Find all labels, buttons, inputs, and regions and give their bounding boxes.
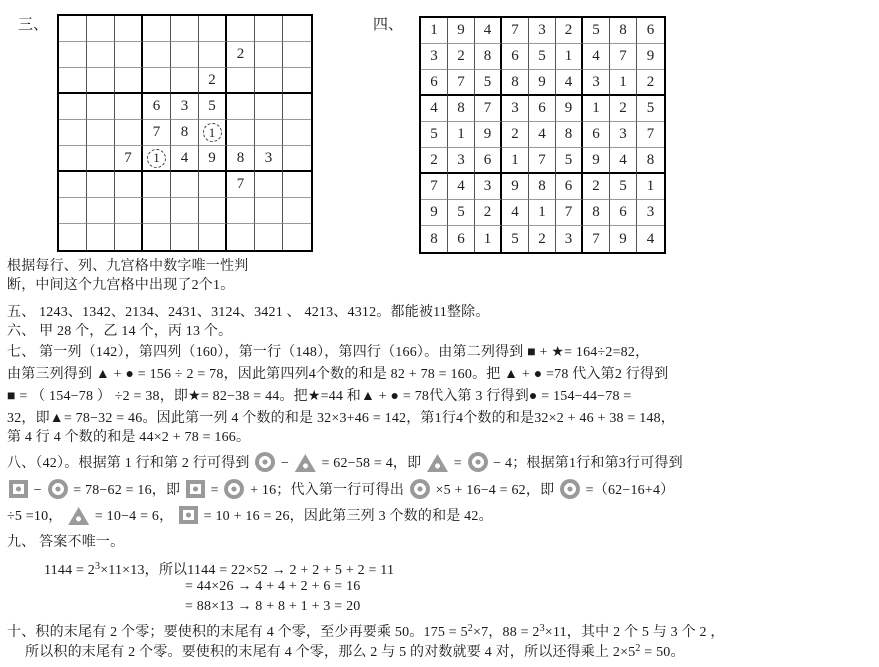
grid-cell: 4 [502, 200, 529, 226]
grid-cell: 8 [171, 120, 199, 146]
grid-cell: 7 [502, 18, 529, 44]
grid-cell: 2 [502, 122, 529, 148]
grid-cell: 7 [610, 44, 637, 70]
grid-cell [143, 16, 171, 42]
grid-cell: 4 [529, 122, 556, 148]
sudoku-grid-four: 1947325863286514796758943124873691255192… [419, 16, 666, 254]
circle-dot-icon [410, 479, 430, 499]
grid-cell: 9 [475, 122, 502, 148]
text-segment: = [207, 483, 223, 498]
grid-cell [59, 146, 87, 172]
triangle-dot-icon [427, 454, 448, 472]
grid-cell: 3 [610, 122, 637, 148]
grid-cell: 4 [610, 148, 637, 174]
grid-cell [143, 42, 171, 68]
grid-cell [87, 68, 115, 94]
grid-cell [283, 120, 311, 146]
grid-cell [115, 42, 143, 68]
text-segment: 1144 = 2 [44, 563, 95, 578]
circle-dot-icon [224, 479, 244, 499]
grid-cell [227, 120, 255, 146]
answer-7-line1: 七、 第一列（142），第四列（160），第一行（148），第四行（166）。由… [7, 343, 649, 362]
grid-cell: 5 [199, 94, 227, 120]
grid-cell [283, 224, 311, 250]
grid-cell: 3 [583, 70, 610, 96]
grid-cell [59, 120, 87, 146]
grid-cell: 7 [637, 122, 664, 148]
circle-dot-icon [255, 452, 275, 472]
problem-4-label: 四、 [373, 13, 403, 34]
grid-cell: 7 [583, 226, 610, 252]
grid-cell [87, 42, 115, 68]
grid-cell [143, 68, 171, 94]
grid-cell [255, 172, 283, 198]
grid-cell: 8 [421, 226, 448, 252]
grid-cell: 6 [421, 70, 448, 96]
grid-cell: 9 [637, 44, 664, 70]
text-segment: = 10−4 = 6， [91, 509, 177, 524]
grid-cell [87, 16, 115, 42]
answer-9-line1: 九、 答案不唯一。 [7, 533, 124, 552]
grid-cell [227, 198, 255, 224]
answer-9-line3: = 44×26 → 4 + 4 + 2 + 6 = 16 [185, 577, 360, 596]
grid-cell: 3 [421, 44, 448, 70]
grid-cell: 6 [143, 94, 171, 120]
grid-cell [115, 16, 143, 42]
grid-cell: 9 [529, 70, 556, 96]
grid-cell: 4 [475, 18, 502, 44]
grid-cell [255, 68, 283, 94]
answer-7-line3: ■ = （ 154−78 ） ÷2 = 38，即★= 82−38 = 44。把★… [7, 387, 631, 406]
grid-cell [199, 172, 227, 198]
grid-cell: 6 [637, 18, 664, 44]
grid-cell: 9 [583, 148, 610, 174]
grid-cell [171, 42, 199, 68]
grid-cell: 2 [227, 42, 255, 68]
text-segment: = 78−62 = 16，即 [70, 483, 184, 498]
grid-cell [143, 224, 171, 250]
answer-6-line: 六、 甲 28 个，乙 14 个，丙 13 个。 [7, 322, 232, 341]
grid-cell [115, 94, 143, 120]
square-dot-icon [9, 480, 28, 498]
grid-cell: 1 [448, 122, 475, 148]
text-segment: ÷5 =10， [7, 509, 66, 524]
grid-cell [255, 224, 283, 250]
problem-3-label: 三、 [18, 13, 48, 34]
grid-cell: 4 [637, 226, 664, 252]
grid-cell [227, 68, 255, 94]
grid-cell [283, 146, 311, 172]
grid-cell: 7 [475, 96, 502, 122]
grid-cell: 9 [199, 146, 227, 172]
grid-cell: 8 [583, 200, 610, 226]
grid-cell [87, 146, 115, 172]
grid-cell [255, 120, 283, 146]
text-segment: ×5 + 16−4 = 62，即 [432, 483, 558, 498]
grid-cell [59, 224, 87, 250]
grid-cell [227, 224, 255, 250]
grid-cell: 2 [421, 148, 448, 174]
text-segment: − 4；根据第1行和第3行可得到 [490, 456, 683, 471]
grid-cell: 2 [199, 68, 227, 94]
grid-cell [115, 198, 143, 224]
grid-cell [59, 68, 87, 94]
grid-cell: 5 [502, 226, 529, 252]
grid-cell: 2 [556, 18, 583, 44]
grid-cell: 2 [637, 70, 664, 96]
grid-cell: 9 [448, 18, 475, 44]
grid-cell: 2 [610, 96, 637, 122]
text-segment: = 10 + 16 = 26，因此第三列 3 个数的和是 42。 [200, 509, 493, 524]
grid-cell: 3 [171, 94, 199, 120]
document-page: 三、 226357817149837 四、 194732586328651479… [0, 0, 879, 667]
grid-cell: 9 [556, 96, 583, 122]
grid-cell: 1 [583, 96, 610, 122]
grid-cell: 2 [448, 44, 475, 70]
grid-cell: 7 [448, 70, 475, 96]
grid-cell [115, 172, 143, 198]
answer-3-note-line1: 根据每行、列、九宫格中数字唯一性判 [7, 257, 248, 276]
grid-cell [199, 224, 227, 250]
text-segment: + 16；代入第一行可得出 [246, 483, 407, 498]
grid-cell [59, 42, 87, 68]
grid-cell: 6 [610, 200, 637, 226]
text-segment: ×11，其中 2 个 5 与 3 个 2 ， [545, 625, 725, 640]
dashed-circle-digit: 1 [147, 149, 166, 168]
grid-cell [59, 198, 87, 224]
square-dot-icon [186, 480, 205, 498]
text-segment: = 50。 [641, 645, 685, 660]
text-segment: = 62−58 = 4，即 [318, 456, 425, 471]
grid-cell: 4 [448, 174, 475, 200]
grid-cell: 5 [421, 122, 448, 148]
answer-10-line2: 所以积的末尾有 2 个零。要使积的末尾有 4 个零，那么 2 与 5 的对数就要… [25, 639, 685, 662]
grid-cell: 2 [475, 200, 502, 226]
grid-cell [255, 198, 283, 224]
grid-cell: 7 [227, 172, 255, 198]
grid-cell [87, 120, 115, 146]
grid-cell: 3 [529, 18, 556, 44]
grid-cell: 8 [529, 174, 556, 200]
answer-8-line2: − = 78−62 = 16，即 = + 16；代入第一行可得出 ×5 + 16… [7, 479, 674, 500]
grid-cell: 3 [475, 174, 502, 200]
answer-8-line3: ÷5 =10， = 10−4 = 6， = 10 + 16 = 26，因此第三列… [7, 506, 493, 526]
answer-8-line1: 八、（42）。根据第 1 行和第 2 行可得到 − = 62−58 = 4，即 … [7, 452, 683, 473]
grid-cell: 8 [227, 146, 255, 172]
grid-cell [227, 16, 255, 42]
answer-7-line4: 32，即▲= 78−32 = 46。因此第一列 4 个数的和是 32×3+46 … [7, 409, 675, 428]
grid-cell [59, 16, 87, 42]
grid-cell: 8 [556, 122, 583, 148]
grid-cell [283, 68, 311, 94]
grid-cell: 1 [637, 174, 664, 200]
grid-cell: 1 [475, 226, 502, 252]
grid-cell [227, 94, 255, 120]
grid-cell: 1 [502, 148, 529, 174]
grid-cell: 3 [556, 226, 583, 252]
grid-cell [255, 16, 283, 42]
grid-cell: 9 [421, 200, 448, 226]
sudoku-grid-three: 226357817149837 [57, 14, 313, 252]
grid-cell [199, 16, 227, 42]
grid-cell [171, 16, 199, 42]
grid-cell [171, 172, 199, 198]
grid-cell: 1 [143, 146, 171, 172]
text-segment: − [277, 456, 293, 471]
triangle-dot-icon [68, 507, 89, 525]
grid-cell: 4 [583, 44, 610, 70]
text-segment: 十、积的末尾有 2 个零；要使积的末尾有 4 个零，至少再要乘 50。175 =… [7, 625, 468, 640]
grid-cell: 1 [199, 120, 227, 146]
grid-cell: 1 [556, 44, 583, 70]
grid-cell: 7 [421, 174, 448, 200]
answer-7-line2: 由第三列得到 ▲ + ● = 156 ÷ 2 = 78，因此第四列4个数的和是 … [7, 365, 668, 384]
grid-cell: 7 [115, 146, 143, 172]
grid-cell: 8 [475, 44, 502, 70]
grid-cell: 1 [529, 200, 556, 226]
grid-cell: 4 [171, 146, 199, 172]
grid-cell [87, 224, 115, 250]
grid-cell [143, 198, 171, 224]
text-segment: − [30, 483, 46, 498]
grid-cell [59, 172, 87, 198]
grid-cell: 6 [448, 226, 475, 252]
grid-cell [199, 198, 227, 224]
grid-cell [115, 224, 143, 250]
grid-cell: 9 [502, 174, 529, 200]
grid-cell: 5 [448, 200, 475, 226]
grid-cell [87, 172, 115, 198]
answer-7-line5: 第 4 行 4 个数的和是 44×2 + 78 = 166。 [7, 428, 250, 447]
grid-cell [283, 198, 311, 224]
grid-cell [283, 16, 311, 42]
grid-cell [255, 94, 283, 120]
grid-cell: 7 [556, 200, 583, 226]
grid-cell: 7 [143, 120, 171, 146]
circle-dot-icon [468, 452, 488, 472]
square-dot-icon [179, 506, 198, 524]
dashed-circle-digit: 1 [203, 123, 222, 142]
grid-cell: 5 [556, 148, 583, 174]
grid-cell [171, 224, 199, 250]
grid-cell [87, 94, 115, 120]
grid-cell: 5 [475, 70, 502, 96]
grid-cell: 6 [502, 44, 529, 70]
grid-cell: 5 [637, 96, 664, 122]
grid-cell [143, 172, 171, 198]
grid-cell: 7 [529, 148, 556, 174]
grid-cell [283, 42, 311, 68]
grid-cell: 4 [421, 96, 448, 122]
text-segment: ×7，88 = 2 [473, 625, 540, 640]
grid-cell [171, 198, 199, 224]
grid-cell [87, 198, 115, 224]
grid-cell [115, 120, 143, 146]
grid-cell [255, 42, 283, 68]
grid-cell: 5 [583, 18, 610, 44]
grid-cell: 3 [448, 148, 475, 174]
grid-cell [171, 68, 199, 94]
answer-9-line4: = 88×13 → 8 + 8 + 1 + 3 = 20 [185, 597, 360, 616]
grid-cell: 4 [556, 70, 583, 96]
grid-cell [199, 42, 227, 68]
grid-cell [59, 94, 87, 120]
circle-dot-icon [48, 479, 68, 499]
grid-cell: 3 [255, 146, 283, 172]
grid-cell: 6 [475, 148, 502, 174]
grid-cell: 6 [529, 96, 556, 122]
answer-5-line: 五、 1243、1342、2134、2431、3124、3421 、 4213、… [7, 303, 490, 322]
text-segment: ×11×13，所以1144 = 22×52 → 2 + 2 + 5 + 2 = … [100, 563, 394, 578]
grid-cell: 5 [610, 174, 637, 200]
grid-cell: 6 [556, 174, 583, 200]
grid-cell: 9 [610, 226, 637, 252]
grid-cell: 8 [502, 70, 529, 96]
triangle-dot-icon [295, 454, 316, 472]
grid-cell: 3 [502, 96, 529, 122]
grid-cell: 1 [421, 18, 448, 44]
text-segment: = [450, 456, 466, 471]
grid-cell: 2 [583, 174, 610, 200]
grid-cell: 3 [637, 200, 664, 226]
circle-dot-icon [560, 479, 580, 499]
grid-cell: 8 [637, 148, 664, 174]
grid-cell [283, 94, 311, 120]
grid-cell: 1 [610, 70, 637, 96]
grid-cell: 5 [529, 44, 556, 70]
grid-cell [283, 172, 311, 198]
text-segment: 所以积的末尾有 2 个零。要使积的末尾有 4 个零，那么 2 与 5 的对数就要… [25, 645, 635, 660]
grid-cell [115, 68, 143, 94]
grid-cell: 8 [610, 18, 637, 44]
grid-cell: 6 [583, 122, 610, 148]
text-segment: =（62−16+4） [582, 483, 674, 498]
text-segment: 八、（42）。根据第 1 行和第 2 行可得到 [7, 456, 253, 471]
answer-3-note-line2: 断，中间这个九宫格中出现了2个1。 [7, 276, 234, 295]
grid-cell: 2 [529, 226, 556, 252]
grid-cell: 8 [448, 96, 475, 122]
